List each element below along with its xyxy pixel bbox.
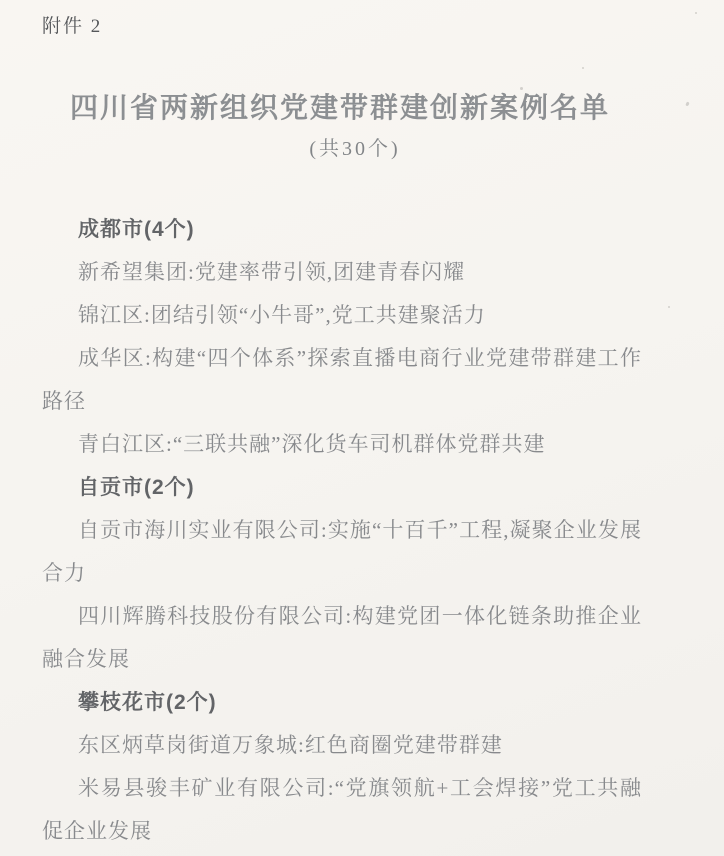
subtitle-block: (共30个)	[0, 134, 724, 164]
document-subtitle: (共30个)	[309, 138, 400, 160]
case-item: 自贡市海川实业有限公司:实施“十百千”工程,凝聚企业发展合力	[42, 509, 642, 595]
case-item: 东区炳草岗街道万象城:红色商圈党建带群建	[42, 724, 642, 767]
scan-speck	[668, 306, 670, 308]
section-header-chengdu: 成都市(4个)	[42, 208, 642, 251]
title-block: 四川省两新组织党建带群建创新案例名单	[0, 88, 724, 128]
case-item: 米易县骏丰矿业有限公司:“党旗领航+工会焊接”党工共融促企业发展	[42, 767, 642, 853]
case-item: 青白江区:“三联共融”深化货车司机群体党群共建	[42, 423, 642, 466]
section-header-panzhihua: 攀枝花市(2个)	[42, 681, 642, 724]
document-title: 四川省两新组织党建带群建创新案例名单	[0, 88, 680, 128]
attachment-label: 附件 2	[42, 0, 724, 40]
scan-speck	[695, 12, 697, 14]
case-item: 成华区:构建“四个体系”探索直播电商行业党建带群建工作路径	[42, 337, 642, 423]
scan-speck	[582, 67, 584, 69]
scan-speck	[520, 87, 523, 90]
case-item: 新希望集团:党建率带引领,团建青春闪耀	[42, 251, 642, 294]
section-header-zigong: 自贡市(2个)	[42, 466, 642, 509]
case-item: 锦江区:团结引领“小牛哥”,党工共建聚活力	[42, 294, 642, 337]
document-page: 附件 2 四川省两新组织党建带群建创新案例名单 (共30个) 成都市(4个) 新…	[0, 0, 724, 856]
document-body: 成都市(4个) 新希望集团:党建率带引领,团建青春闪耀 锦江区:团结引领“小牛哥…	[42, 208, 642, 853]
case-item: 四川辉腾科技股份有限公司:构建党团一体化链条助推企业融合发展	[42, 595, 642, 681]
